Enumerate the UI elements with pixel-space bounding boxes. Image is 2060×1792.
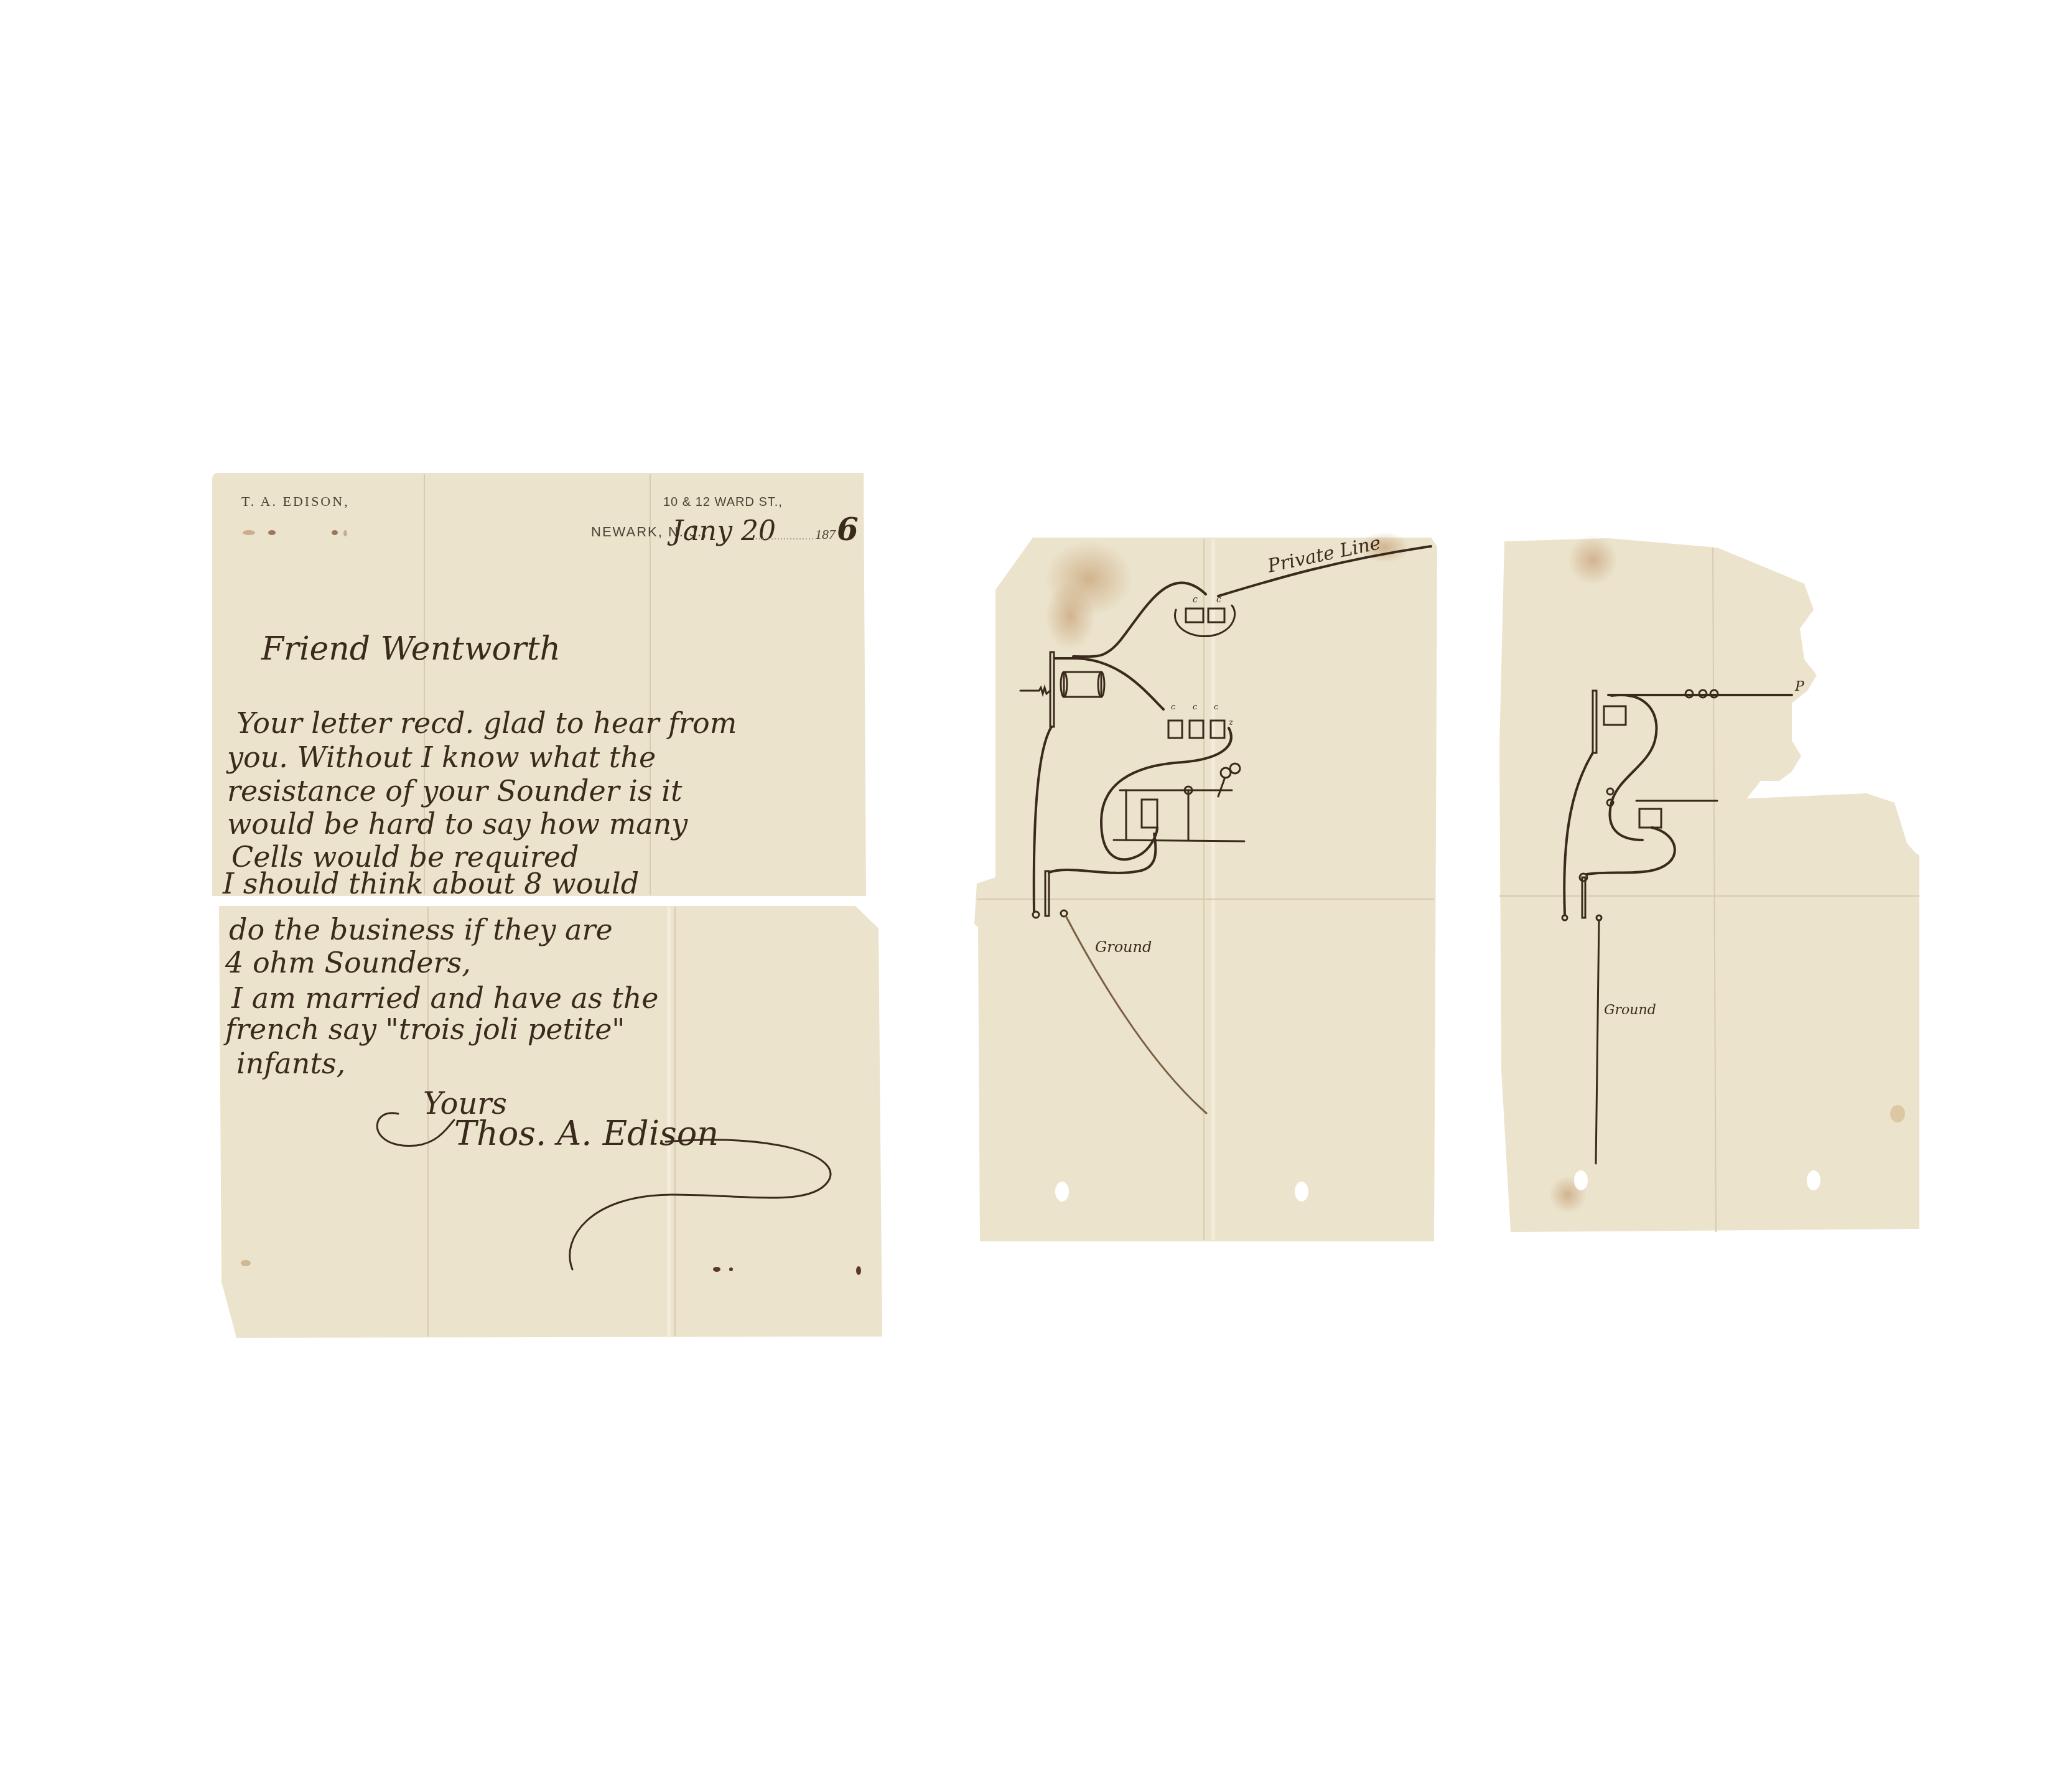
body-line: Your letter recd. glad to hear from xyxy=(236,706,737,740)
punch-hole xyxy=(1055,1182,1069,1202)
letterhead-address: 10 & 12 WARD ST., xyxy=(663,495,783,509)
letter-lower-half: do the business if they are 4 ohm Sounde… xyxy=(219,906,882,1338)
body-line: I should think about 8 would xyxy=(222,867,639,900)
svg-text:c: c xyxy=(1214,702,1219,712)
line-fragment-label: P xyxy=(1794,679,1805,694)
diagram-sheet-2: P Ground xyxy=(1499,535,1919,1232)
body-line: 4 ohm Sounders, xyxy=(225,946,471,979)
svg-text:c: c xyxy=(1193,595,1198,605)
body-line: resistance of your Sounder is it xyxy=(227,774,683,808)
letter-year-digit: 6 xyxy=(837,511,859,548)
svg-text:c: c xyxy=(1193,702,1198,712)
diagram-sheet-1: Private Line c c xyxy=(974,532,1437,1241)
svg-text:z: z xyxy=(1228,718,1233,727)
punch-hole xyxy=(1295,1182,1308,1202)
body-line: would be hard to say how many xyxy=(227,807,688,841)
svg-text:c: c xyxy=(1171,702,1176,712)
body-line: I am married and have as the xyxy=(231,981,658,1015)
letterhead-year: 187 xyxy=(815,526,836,542)
stain xyxy=(1568,535,1618,585)
letter-date: Jany 20 xyxy=(667,515,776,547)
salutation: Friend Wentworth xyxy=(261,630,561,668)
letter-sheet: T. A. EDISON, 10 & 12 WARD ST., NEWARK, … xyxy=(212,473,882,1338)
ground-label: Ground xyxy=(1095,938,1152,956)
body-line: infants, xyxy=(236,1047,345,1080)
punch-hole xyxy=(1807,1170,1820,1190)
letterhead-name: T. A. EDISON, xyxy=(241,493,350,509)
signature: Thos. A. Edison xyxy=(454,1114,719,1153)
body-line: you. Without I know what the xyxy=(226,740,656,774)
punch-hole xyxy=(1574,1170,1588,1190)
body-line: do the business if they are xyxy=(229,913,613,946)
body-line: french say "trois joli petite" xyxy=(223,1012,625,1046)
ground-label: Ground xyxy=(1604,1002,1656,1018)
document-photo: T. A. EDISON, 10 & 12 WARD ST., NEWARK, … xyxy=(0,0,2060,1792)
svg-text:c: c xyxy=(1216,595,1221,605)
letter-upper-half: T. A. EDISON, 10 & 12 WARD ST., NEWARK, … xyxy=(212,473,866,900)
